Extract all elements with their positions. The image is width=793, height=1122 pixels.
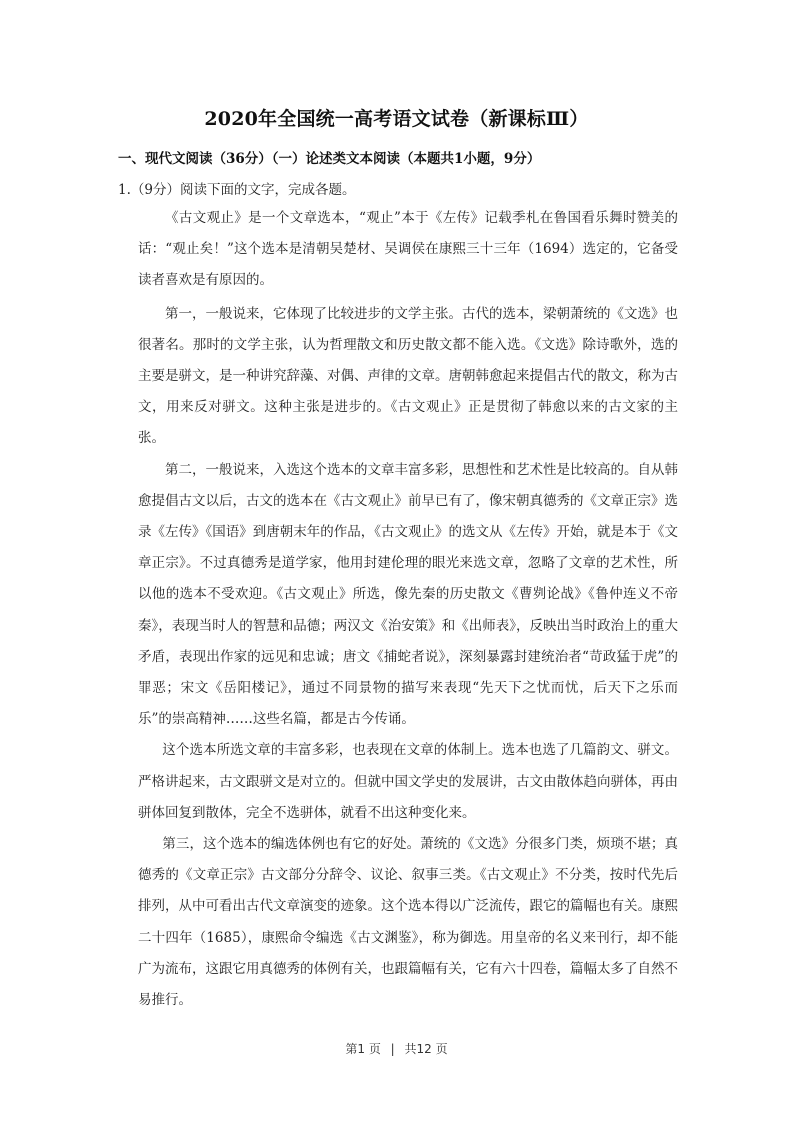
current-page-label: 第1 页 bbox=[345, 1042, 380, 1056]
passage-paragraph-2: 第一，一般说来，它体现了比较进步的文学主张。古代的选本，梁朝萧统的《文选》也很著… bbox=[138, 299, 678, 455]
reading-passage: 《古文观止》是一个文章选本，“观止”本于《左传》记载季札在鲁国看乐舞时赞美的话：… bbox=[138, 203, 678, 1016]
footer-separator: | bbox=[391, 1042, 395, 1056]
passage-paragraph-3: 第二，一般说来，入选这个选本的文章丰富多彩，思想性和艺术性是比较高的。自从韩愈提… bbox=[138, 455, 678, 736]
passage-paragraph-4: 这个选本所选文章的丰富多彩，也表现在文章的体制上。选本也选了几篇韵文、骈文。严格… bbox=[138, 735, 678, 829]
total-pages-label: 共12 页 bbox=[405, 1042, 448, 1056]
page-footer: 第1 页 | 共12 页 bbox=[0, 1040, 793, 1057]
document-title: 2020年全国统一高考语文试卷（新课标Ⅲ） bbox=[0, 104, 793, 131]
passage-paragraph-1: 《古文观止》是一个文章选本，“观止”本于《左传》记载季札在鲁国看乐舞时赞美的话：… bbox=[138, 203, 678, 297]
passage-paragraph-5: 第三，这个选本的编选体例也有它的好处。萧统的《文选》分很多门类，烦琐不堪；真德秀… bbox=[138, 829, 678, 1016]
document-page: 2020年全国统一高考语文试卷（新课标Ⅲ） 一、现代文阅读（36分）（一）论述类… bbox=[0, 0, 793, 1122]
question-prompt: 1.（9分）阅读下面的文字，完成各题。 bbox=[118, 178, 355, 198]
section-heading: 一、现代文阅读（36分）（一）论述类文本阅读（本题共1小题，9分） bbox=[118, 147, 540, 167]
